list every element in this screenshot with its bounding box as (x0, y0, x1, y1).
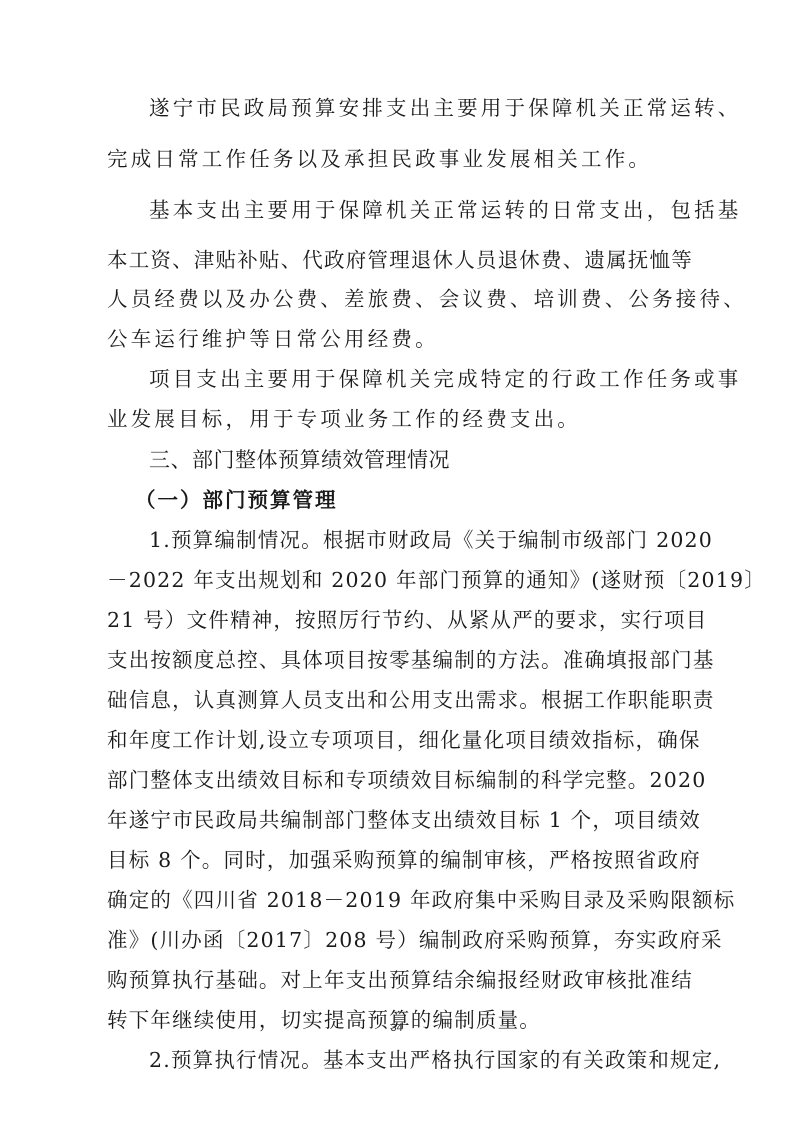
paragraph-line: 年遂宁市民政局共编制部门整体支出绩效目标 1 个，项目绩效 (107, 806, 707, 834)
paragraph-line: 购预算执行基础。对上年支出预算结余编报经财政审核批准结 (107, 966, 707, 994)
paragraph-line: 项目支出主要用于保障机关完成特定的行政工作任务或事 (149, 365, 749, 393)
paragraph-line: 2.预算执行情况。基本支出严格执行国家的有关政策和规定, (149, 1046, 749, 1074)
paragraph-line: －2022 年支出规划和 2020 年部门预算的通知》(遂财预〔2019〕 (107, 566, 707, 594)
paragraph-line: 业发展目标，用于专项业务工作的经费支出。 (107, 405, 707, 433)
paragraph-line: 和年度工作计划,设立专项项目，细化量化项目绩效指标，确保 (107, 726, 707, 754)
section-heading: 三、部门整体预算绩效管理情况 (149, 446, 749, 474)
paragraph-line: 遂宁市民政局预算安排支出主要用于保障机关正常运转、 (149, 94, 749, 122)
paragraph-line: 本工资、津贴补贴、代政府管理退休人员退休费、遗属抚恤等 (107, 246, 707, 274)
paragraph-line: 基本支出主要用于保障机关正常运转的日常支出，包括基 (149, 196, 749, 224)
paragraph-line: 础信息，认真测算人员支出和公用支出需求。根据工作职能职责 (107, 686, 707, 714)
paragraph-line: 部门整体支出绩效目标和专项绩效目标编制的科学完整。2020 (107, 766, 707, 794)
paragraph-line: 21 号）文件精神，按照厉行节约、从紧从严的要求，实行项目 (107, 606, 707, 634)
paragraph-line: 人员经费以及办公费、差旅费、会议费、培训费、公务接待、 (107, 285, 707, 313)
paragraph-line: 1.预算编制情况。根据市财政局《关于编制市级部门 2020 (149, 526, 749, 554)
paragraph-line: 支出按额度总控、具体项目按零基编制的方法。准确填报部门基 (107, 646, 707, 674)
paragraph-line: 准》(川办函〔2017〕208 号）编制政府采购预算，夯实政府采 (107, 926, 707, 954)
subsection-heading: （一）部门预算管理 (135, 486, 735, 514)
paragraph-line: 目标 8 个。同时，加强采购预算的编制审核，严格按照省政府 (107, 846, 707, 874)
paragraph-line: 公车运行维护等日常公用经费。 (107, 325, 707, 353)
document-page: 遂宁市民政局预算安排支出主要用于保障机关正常运转、 完成日常工作任务以及承担民政… (0, 0, 793, 1122)
page-number: 34 (0, 1022, 793, 1034)
paragraph-line: 确定的《四川省 2018－2019 年政府集中采购目录及采购限额标 (107, 886, 707, 914)
paragraph-line: 完成日常工作任务以及承担民政事业发展相关工作。 (107, 145, 707, 173)
